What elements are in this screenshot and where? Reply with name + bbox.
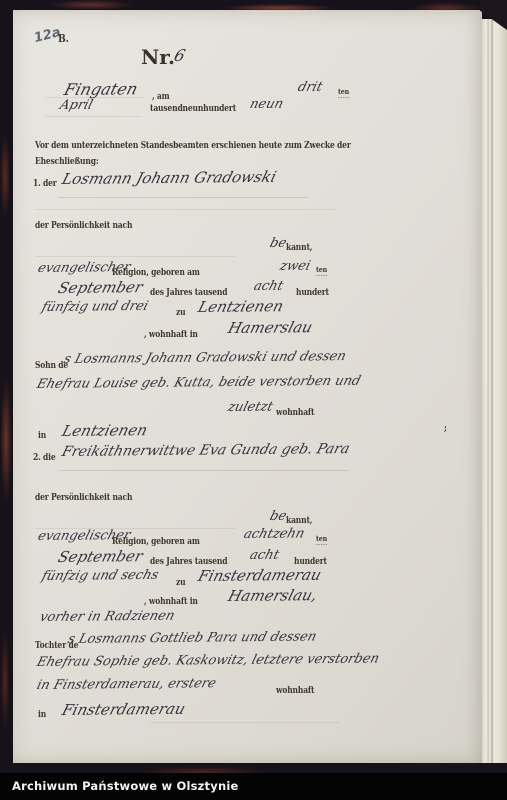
- groom-identity-label: der Persönlichkeit nach: [35, 221, 132, 231]
- intro-line-2: Eheschließung:: [35, 157, 98, 167]
- bride-birth-month-value: September: [56, 547, 145, 566]
- bride-year-hundreds-value: acht: [248, 548, 281, 563]
- bride-identity-label: der Persönlichkeit nach: [35, 493, 132, 503]
- groom-year-tens-value: fünfzig und drei: [40, 299, 150, 315]
- form-rule: [58, 197, 308, 198]
- bride-day-suffix-label: ten: [316, 534, 327, 545]
- registration-day-value: drit: [296, 80, 324, 95]
- groom-year-label: des Jahres tausend: [150, 288, 227, 298]
- bride-parents-line-3: in Finsterdamerau, erstere: [35, 676, 218, 693]
- intro-line-1: Vor dem unterzeichneten Standesbeamten e…: [35, 141, 351, 151]
- form-rule: [60, 470, 348, 471]
- bride-birth-place-value: Finsterdamerau: [196, 566, 323, 585]
- bride-residence-label: , wohnhaft in: [144, 597, 198, 607]
- year-prefix-label: tausendneunhundert: [150, 104, 236, 114]
- bride-name-value: Freikäthnerwittwe Eva Gunda geb. Para: [60, 441, 352, 460]
- bride-religion-label: Religion, geboren am: [112, 537, 200, 547]
- groom-residence-value: Hamerslau: [226, 318, 315, 337]
- form-series-letter: B.: [58, 32, 69, 45]
- page-edge-stack: [482, 19, 507, 763]
- archive-caption-text: Archiwum Państwowe w Olsztynie: [12, 779, 238, 793]
- groom-zu-label: zu: [176, 308, 185, 318]
- groom-separator: ;: [444, 424, 447, 434]
- groom-wohnhaft-label: wohnhaft: [276, 408, 314, 418]
- bride-previous-residence-value: vorher in Radzienen: [38, 609, 176, 625]
- groom-last-hand: zuletzt: [226, 400, 275, 415]
- bride-residence-value: Hamerslau,: [226, 586, 319, 605]
- form-rule: [35, 209, 335, 210]
- record-number-label: Nr.: [141, 45, 175, 69]
- groom-day-suffix-label: ten: [316, 265, 327, 276]
- bride-wohnhaft-label: wohnhaft: [276, 686, 314, 696]
- groom-parents-residence-value: Lentzienen: [60, 421, 150, 440]
- bride-item-label: 2. die: [33, 453, 55, 463]
- groom-hundred-label: hundert: [296, 288, 329, 298]
- bride-zu-label: zu: [176, 578, 185, 588]
- groom-item-label: 1. der: [33, 179, 57, 189]
- groom-name-value: Losmann Johann Gradowski: [60, 168, 278, 188]
- groom-parents-line-1: s Losmanns Johann Gradowski und dessen: [62, 349, 348, 367]
- form-rule: [150, 722, 340, 723]
- bride-in-label: in: [38, 710, 46, 720]
- groom-in-label: in: [38, 431, 46, 441]
- am-label: , am: [152, 92, 169, 102]
- groom-birth-day-value: zwei: [278, 259, 312, 274]
- groom-birth-place-value: Lentzienen: [196, 297, 286, 316]
- bride-known-label: kannt,: [286, 516, 312, 526]
- bride-parents-residence-value: Finsterdamerau: [60, 700, 187, 719]
- groom-birth-month-value: September: [56, 278, 145, 297]
- bride-parents-line-1: s Losmanns Gottlieb Para und dessen: [66, 629, 318, 647]
- groom-religion-label: Religion, geboren am: [112, 268, 200, 278]
- registration-place-value: Fingaten: [62, 79, 140, 99]
- bride-year-label: des Jahres tausend: [150, 557, 227, 567]
- groom-known-label: kannt,: [286, 243, 312, 253]
- day-suffix-label: ten: [338, 87, 349, 98]
- groom-year-hundreds-value: acht: [252, 279, 285, 294]
- form-rule: [35, 256, 235, 257]
- groom-residence-label: , wohnhaft in: [144, 330, 198, 340]
- archive-caption-bar: Archiwum Państwowe w Olsztynie: [0, 773, 507, 800]
- bride-birth-day-value: achtzehn: [242, 526, 306, 542]
- bride-year-tens-value: fünfzig und sechs: [40, 568, 160, 584]
- registration-month-value: April: [58, 98, 94, 113]
- form-rule: [45, 116, 140, 117]
- scanned-register-photo: 12a B. Nr. 6 Fingaten , am drit ten Apri…: [0, 0, 507, 800]
- registration-year-value: neun: [248, 97, 285, 112]
